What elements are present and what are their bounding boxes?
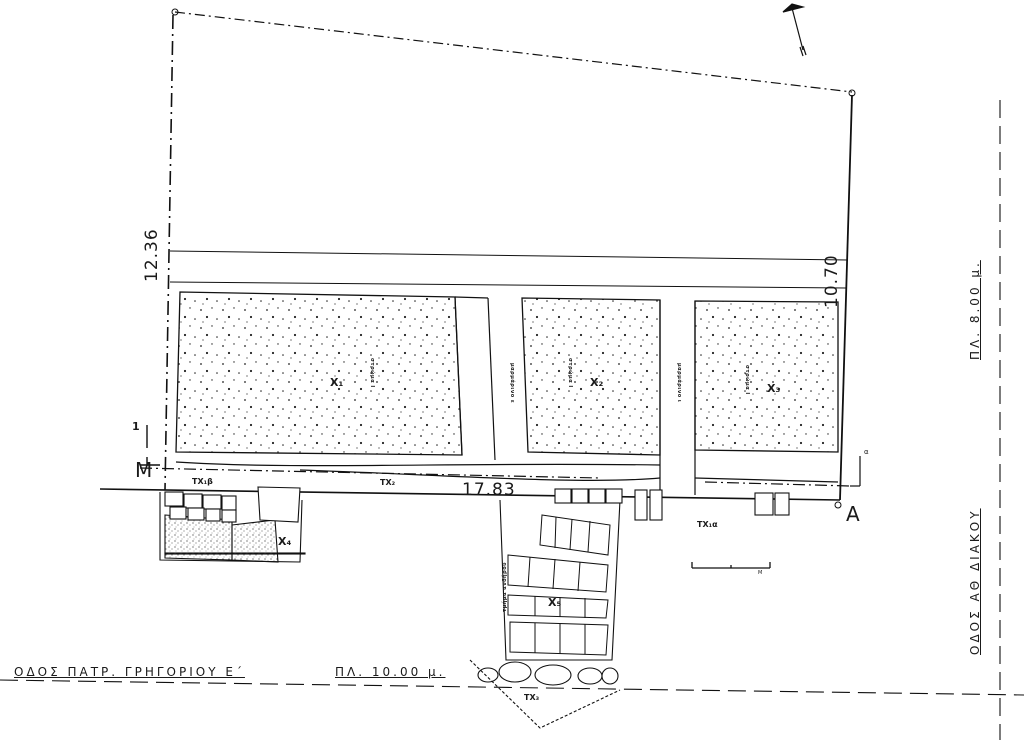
dimension-west: 12.36	[142, 228, 162, 282]
pier-foundations	[635, 490, 789, 520]
wall-tx2-label: ΤΧ₂	[380, 478, 395, 487]
scale-bar	[692, 562, 770, 568]
room-x3	[695, 301, 838, 452]
room-x4-label: X₄	[278, 535, 291, 548]
room-x1-floor-note: στρώμα Ι	[369, 358, 375, 388]
street-east-width: ΠΛ. 8.00 μ.	[968, 260, 982, 360]
wall-tx3-label: ΤΧ₃	[524, 693, 539, 702]
room-x5-floor-note: τμήμα ανδήρου	[502, 562, 508, 612]
wall-tx1a-label: ΤΧ₁α	[697, 520, 718, 529]
room-x4	[160, 487, 305, 562]
room-x3-label: X₃	[767, 382, 780, 395]
north-arrow-icon	[783, 4, 806, 56]
dimension-east: 10.70	[822, 254, 842, 308]
room-x5-label: X₅	[548, 596, 561, 609]
wall-tx1b-label: ΤΧ₁β	[192, 477, 213, 486]
room-x5	[470, 489, 622, 728]
street-east-name: ΟΔΟΣ ΑΘ ΔΙΑΚΟΥ	[968, 508, 982, 655]
room-x3-floor-note: στρώμα Ι	[744, 365, 750, 395]
corridor-1	[455, 297, 495, 460]
corner-label-west: M	[135, 458, 152, 482]
section-marker-left-label: 1	[132, 420, 140, 433]
corner-label-east: A	[846, 502, 860, 526]
corridor-2-label: μαρμάρινο ι	[676, 363, 682, 402]
room-x2-label: X₂	[590, 376, 603, 389]
room-x1-label: X₁	[330, 376, 343, 389]
section-marker-right-label: α	[864, 448, 869, 456]
room-x2-floor-note: στρώμα Ι	[567, 358, 573, 388]
street-south-name: ΟΔΟΣ ΠΑΤΡ. ΓΡΗΓΟΡΙΟΥ Ε΄	[14, 665, 245, 679]
street-south-width: ΠΛ. 10.00 μ.	[335, 665, 445, 679]
room-x1	[176, 292, 462, 455]
plot-division-lines	[170, 251, 848, 288]
scale-bar-label: Μ	[758, 570, 762, 576]
corridor-1-label: μαρμάρινο ε	[509, 363, 515, 403]
street-lines	[0, 100, 1024, 740]
dimension-south: 17.83	[462, 480, 516, 500]
